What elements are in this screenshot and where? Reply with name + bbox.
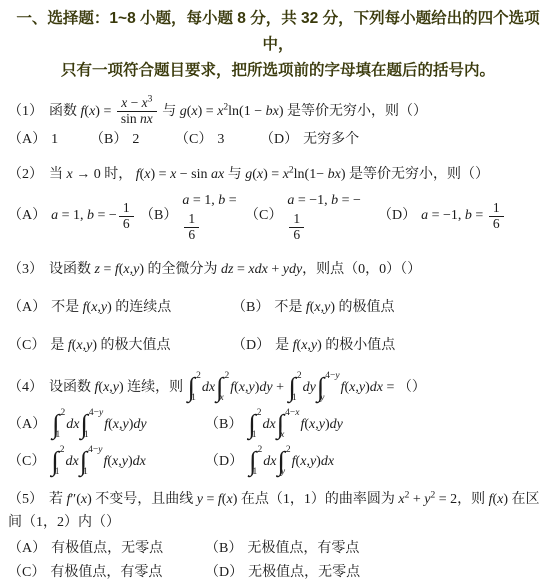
option-key: （B） [140, 205, 177, 227]
math-var: xdx [248, 262, 267, 277]
math-text: 有极值点，无零点 [51, 538, 163, 560]
integral-lower-limit: 1 [84, 431, 103, 441]
option-body: ∫21dx∫4−y1f(x,y)dy [51, 408, 147, 441]
math-text: 6 [188, 227, 195, 242]
question-1-stem-math: 函数 f(x) = x − x3sin nx 与 g(x) = x2ln(1 −… [49, 104, 427, 119]
math-var: a [51, 205, 58, 227]
fraction: 16 [119, 201, 134, 232]
math-var: b [331, 190, 338, 212]
math-text: 2 [60, 445, 65, 455]
math-var: x [280, 430, 284, 440]
math-text: ) = [263, 167, 283, 182]
integral-lower-limit: y [281, 468, 291, 478]
math-var: dx [133, 451, 146, 473]
fraction: 16 [289, 212, 304, 243]
math-text: − [127, 95, 141, 110]
integral-lower-limit: 1 [55, 468, 65, 478]
option-body: ∫21dx∫4−y1f(x,y)dx [50, 445, 146, 478]
math-text: 2 [286, 445, 291, 455]
question-5-number: （5） [8, 492, 43, 507]
option-body: 是 f(x,y) 的极大值点 [50, 335, 170, 357]
math-var: y [99, 408, 103, 418]
math-var: dx [321, 451, 334, 473]
integral-limits: 21 [58, 408, 66, 441]
option-key: （D） [205, 451, 243, 473]
math-var: dy [133, 414, 146, 436]
math-text: 6 [493, 216, 500, 231]
math-text: 函数 [49, 104, 81, 119]
integral-limits: 21 [255, 445, 263, 478]
math-text: = 2，则 [435, 492, 488, 507]
math-text: − sin [176, 167, 211, 182]
math-text: 1 [51, 129, 58, 151]
option-body: 是 f(x,y) 的极小值点 [275, 335, 395, 357]
option-body: a = −1, b = 16 [421, 201, 505, 232]
question-1-number: （1） [8, 104, 43, 119]
integral: ∫21 [249, 445, 262, 478]
fraction: 16 [184, 212, 199, 243]
math-text: 无极值点，有零点 [247, 538, 359, 560]
integral: ∫2y [278, 445, 291, 478]
option-key: （D） [378, 205, 416, 227]
exam-page: 一、选择题：1~8 小题，每小题 8 分，共 32 分，下列每小题给出的四个选项… [0, 0, 556, 579]
integral-limits: 2y [283, 445, 291, 478]
math-var: a [287, 190, 294, 212]
integral-upper-limit: 2 [61, 409, 66, 419]
math-var: dx [263, 451, 276, 473]
option-key: （D） [232, 335, 270, 357]
math-text: 3 [217, 129, 224, 151]
math-text: + [409, 492, 424, 507]
math-text: = [100, 262, 115, 277]
math-var: b [87, 205, 94, 227]
option-body: 无极值点，无零点 [248, 562, 360, 579]
option-key: （B） [90, 129, 127, 151]
math-text: 是 [275, 335, 293, 357]
section-title-line-1: 一、选择题：1~8 小题，每小题 8 分，共 32 分，下列每小题给出的四个选项… [8, 6, 548, 58]
math-var: g [180, 104, 187, 119]
math-text: 4− [88, 445, 98, 455]
integral: ∫21 [289, 371, 302, 404]
math-text: = − [338, 190, 361, 212]
integral-upper-limit: 4−x [285, 409, 299, 419]
integral-limits: 21 [57, 445, 65, 478]
option-body: 无极值点，有零点 [247, 538, 359, 560]
math-var: b [218, 190, 225, 212]
math-var: bx [328, 167, 341, 182]
option-key: （C） [245, 205, 282, 227]
math-text: = （） [383, 380, 426, 395]
option-key: （C） [8, 335, 45, 357]
math-var: dx [370, 380, 383, 395]
math-var: a [421, 205, 428, 227]
fraction-numerator: 1 [289, 212, 304, 228]
option-key: （D） [205, 562, 243, 579]
math-text: 1 [253, 467, 258, 477]
math-text: → 0 时， [73, 167, 136, 182]
integral-limits: 21 [254, 408, 262, 441]
integral: ∫21 [52, 408, 65, 441]
question-3-option-d: （D）是 f(x,y) 的极小值点 [232, 335, 548, 357]
math-text: ″( [70, 492, 81, 507]
math-text: ) = [198, 104, 218, 119]
question-3-stem-math: 设函数 z = f(x,y) 的全微分为 dz = xdx + ydy，则点（0… [49, 262, 421, 277]
integral-limits: 21 [294, 371, 302, 404]
question-1-options: （A）1 （B）2 （C）3 （D）无穷多个 [8, 129, 548, 151]
integral-upper-limit: 2 [257, 409, 262, 419]
math-var: x [295, 408, 299, 418]
fraction-numerator: x − x3 [117, 96, 157, 112]
math-text: 1 [83, 467, 88, 477]
integral-lower-limit: 1 [252, 431, 262, 441]
option-key: （C） [175, 129, 212, 151]
math-text: ln(1 − [228, 104, 265, 119]
math-text: ) 的连续点 [107, 297, 171, 319]
option-key: （A） [8, 129, 46, 151]
math-text: sin [121, 111, 140, 126]
question-1-option-a: （A）1 [8, 129, 90, 151]
math-text: ) 在点（1，1）的曲率圆为 [233, 492, 399, 507]
fraction-numerator: 1 [119, 201, 134, 217]
question-1: （1）函数 f(x) = x − x3sin nx 与 g(x) = x2ln(… [8, 96, 548, 151]
math-text: 若 [49, 492, 67, 507]
integral-lower-limit: 1 [56, 431, 66, 441]
question-4-stem: （4）设函数 f(x,y) 连续，则 ∫21dx∫2xf(x,y)dy + ∫2… [8, 371, 548, 404]
integral-limits: 2x [221, 371, 229, 404]
question-5: （5）若 f″(x) 不变号，且曲线 y = f(x) 在点（1，1）的曲率圆为… [8, 488, 548, 579]
option-body: ∫21dx∫4−xxf(x,y)dy [247, 408, 343, 441]
option-key: （C） [8, 451, 45, 473]
option-body: ∫21dx∫2yf(x,y)dx [248, 445, 334, 478]
math-text: 不是 [51, 297, 83, 319]
option-body: 无穷多个 [303, 129, 359, 151]
math-var: x [219, 393, 223, 403]
option-body: a = −1, b = −16 [287, 190, 378, 243]
option-key: （A） [8, 205, 46, 227]
integral: ∫4−y1 [81, 408, 104, 441]
integral-upper-limit: 4−y [88, 446, 102, 456]
option-body: 3 [217, 129, 224, 151]
question-5-stem-math: 若 f″(x) 不变号，且曲线 y = f(x) 在点（1，1）的曲率圆为 x2… [8, 492, 540, 530]
math-text: 2 [297, 371, 302, 381]
question-2: （2）当 x → 0 时， f(x) = x − sin ax 与 g(x) =… [8, 163, 548, 243]
math-text: 6 [123, 216, 130, 231]
question-3-option-c: （C）是 f(x,y) 的极大值点 [8, 335, 232, 357]
integral-lower-limit: 1 [191, 394, 201, 404]
math-text: 不是 [274, 297, 306, 319]
math-text: 与 [159, 104, 180, 119]
math-var: bx [266, 104, 279, 119]
math-text: ) 是等价无穷小，则（） [279, 104, 427, 119]
math-text: 1 [188, 211, 195, 226]
math-var: dx [66, 414, 79, 436]
integral-upper-limit: 2 [258, 446, 263, 456]
math-text: 2 [257, 408, 262, 418]
math-text: = 1, [189, 190, 218, 212]
fraction-denominator: 6 [184, 228, 199, 243]
math-text: 2 [258, 445, 263, 455]
math-text: ) 的极值点 [330, 297, 394, 319]
math-text: = [225, 190, 240, 212]
option-body: 不是 f(x,y) 的连续点 [51, 297, 171, 319]
question-5-option-d: （D）无极值点，无零点 [205, 562, 548, 579]
math-var: ydy [283, 262, 302, 277]
option-key: （A） [8, 538, 46, 560]
math-text: 6 [293, 227, 300, 242]
math-text: ) = [151, 167, 171, 182]
math-text: = −1, [294, 190, 331, 212]
option-body: 2 [132, 129, 139, 151]
option-body: 有极值点，有零点 [50, 562, 162, 579]
math-text: = 1, [58, 205, 87, 227]
integral-lower-limit: 1 [253, 468, 263, 478]
question-2-options: （A）a = 1, b = −16 （B）a = 1, b = 16 （C）a … [8, 190, 548, 243]
math-text: ) 是等价无穷小，则（） [341, 167, 489, 182]
integral-upper-limit: 2 [286, 446, 291, 456]
integral: ∫21 [188, 371, 201, 404]
math-text: 1 [292, 393, 297, 403]
math-text: 设函数 [49, 380, 95, 395]
math-text: ) 的全微分为 [139, 262, 221, 277]
math-var: dx [263, 414, 276, 436]
integral-upper-limit: 2 [196, 372, 201, 382]
question-4-option-a: （A）∫21dx∫4−y1f(x,y)dy [8, 408, 205, 441]
integral-limits: 4−y1 [86, 408, 103, 441]
math-text: 设函数 [49, 262, 95, 277]
fraction-numerator: 1 [489, 201, 504, 217]
math-text: 1 [493, 200, 500, 215]
integral-lower-limit: 1 [83, 468, 102, 478]
math-text: + [273, 380, 288, 395]
math-var: dx [66, 451, 79, 473]
math-text: ) 连续，则 [119, 380, 187, 395]
question-4-options: （A）∫21dx∫4−y1f(x,y)dy （B）∫21dx∫4−xxf(x,y… [8, 408, 548, 478]
math-text: 4− [325, 371, 335, 381]
question-1-option-d: （D）无穷多个 [260, 129, 548, 151]
math-text: 2 [61, 408, 66, 418]
question-3-number: （3） [8, 262, 43, 277]
integral-upper-limit: 2 [224, 372, 229, 382]
math-text: 1 [293, 211, 300, 226]
math-var: y [281, 467, 285, 477]
question-4: （4）设函数 f(x,y) 连续，则 ∫21dx∫2xf(x,y)dy + ∫2… [8, 371, 548, 478]
math-text: ln(1− [294, 167, 328, 182]
math-text: = [472, 205, 487, 227]
math-var: y [320, 393, 324, 403]
integral: ∫4−xx [277, 408, 300, 441]
math-text: = [203, 492, 218, 507]
fraction-denominator: 6 [119, 217, 134, 232]
math-text: 2 [196, 371, 201, 381]
math-text: ) 的极大值点 [92, 335, 170, 357]
question-1-option-b: （B）2 [90, 129, 175, 151]
math-text: = − [94, 205, 117, 227]
integral-limits: 4−xx [282, 408, 299, 441]
question-2-option-d: （D）a = −1, b = 16 [378, 201, 548, 232]
option-key: （D） [260, 129, 298, 151]
question-3-option-a: （A）不是 f(x,y) 的连续点 [8, 297, 232, 319]
math-text: 是 [50, 335, 68, 357]
integral-lower-limit: y [320, 394, 339, 404]
integral-upper-limit: 2 [60, 446, 65, 456]
math-var: y [98, 445, 102, 455]
integral-limits: 4−yy [322, 371, 339, 404]
question-4-option-b: （B）∫21dx∫4−xxf(x,y)dy [205, 408, 548, 441]
question-2-option-c: （C）a = −1, b = −16 [245, 190, 378, 243]
question-3: （3）设函数 z = f(x,y) 的全微分为 dz = xdx + ydy，则… [8, 258, 548, 357]
question-3-options: （A）不是 f(x,y) 的连续点 （B）不是 f(x,y) 的极值点 （C）是… [8, 297, 548, 357]
math-text: ) 不变号，且曲线 [87, 492, 197, 507]
math-text: 4− [89, 408, 99, 418]
question-2-stem-math: 当 x → 0 时， f(x) = x − sin ax 与 g(x) = x2… [49, 167, 489, 182]
math-text: 1 [84, 430, 89, 440]
section-title-line-2: 只有一项符合题目要求，把所选项前的字母填在题后的括号内。 [8, 58, 548, 84]
integral-lower-limit: x [280, 431, 299, 441]
section-title: 一、选择题：1~8 小题，每小题 8 分，共 32 分，下列每小题给出的四个选项… [8, 6, 548, 84]
math-text: = [233, 262, 248, 277]
question-3-stem: （3）设函数 z = f(x,y) 的全微分为 dz = xdx + ydy，则… [8, 258, 548, 281]
math-var: ax [211, 167, 224, 182]
option-body: a = 1, b = −16 [51, 201, 135, 232]
math-text: 4− [285, 408, 295, 418]
question-3-option-b: （B）不是 f(x,y) 的极值点 [232, 297, 548, 319]
option-body: 1 [51, 129, 58, 151]
question-5-option-b: （B）无极值点，有零点 [205, 538, 548, 560]
option-body: 不是 f(x,y) 的极值点 [274, 297, 394, 319]
math-var: dx [202, 380, 215, 395]
question-2-option-b: （B）a = 1, b = 16 [140, 190, 245, 243]
math-text: ) = [95, 104, 115, 119]
question-2-number: （2） [8, 167, 43, 182]
integral: ∫2x [216, 371, 229, 404]
integral-upper-limit: 2 [297, 372, 302, 382]
question-4-number: （4） [8, 380, 43, 395]
integral-upper-limit: 4−y [325, 372, 339, 382]
fraction-denominator: 6 [289, 228, 304, 243]
question-1-stem: （1）函数 f(x) = x − x3sin nx 与 g(x) = x2ln(… [8, 96, 548, 127]
question-5-option-a: （A）有极值点，无零点 [8, 538, 205, 560]
question-4-option-c: （C）∫21dx∫4−y1f(x,y)dx [8, 445, 205, 478]
fraction-denominator: 6 [489, 217, 504, 232]
math-text: 1 [56, 430, 61, 440]
integral: ∫4−yy [317, 371, 340, 404]
math-var: y [335, 371, 339, 381]
math-text: ) 的极小值点 [317, 335, 395, 357]
integral-limits: 4−y1 [85, 445, 102, 478]
fraction-denominator: sin nx [117, 112, 157, 127]
math-var: a [182, 190, 189, 212]
math-text: + [268, 262, 283, 277]
question-4-option-d: （D）∫21dx∫2yf(x,y)dx [205, 445, 548, 478]
math-text: 有极值点，有零点 [50, 562, 162, 579]
math-text: 无穷多个 [303, 129, 359, 151]
option-key: （C） [8, 562, 45, 579]
math-text: 1 [191, 393, 196, 403]
integral-limits: 21 [193, 371, 201, 404]
math-text: ，则点（0，0）（） [302, 262, 421, 277]
fraction: x − x3sin nx [117, 96, 157, 127]
question-2-option-a: （A）a = 1, b = −16 [8, 201, 140, 232]
option-key: （A） [8, 414, 46, 436]
option-key: （B） [232, 297, 269, 319]
math-text: 1 [123, 200, 130, 215]
question-5-options: （A）有极值点，无零点 （B）无极值点，有零点 （C）有极值点，有零点 （D）无… [8, 538, 548, 579]
integral: ∫21 [51, 445, 64, 478]
math-var: dy [303, 380, 316, 395]
math-var: dy [330, 414, 343, 436]
math-var: b [465, 205, 472, 227]
math-text: 2 [132, 129, 139, 151]
math-text: 2 [224, 371, 229, 381]
fraction: 16 [489, 201, 504, 232]
option-key: （B） [205, 538, 242, 560]
question-4-stem-math: 设函数 f(x,y) 连续，则 ∫21dx∫2xf(x,y)dy + ∫21dy… [49, 380, 426, 395]
option-body: a = 1, b = 16 [182, 190, 245, 243]
option-body: 有极值点，无零点 [51, 538, 163, 560]
question-5-option-c: （C）有极值点，有零点 [8, 562, 205, 579]
math-text: 当 [49, 167, 67, 182]
math-var: dy [259, 380, 272, 395]
math-text: 1 [252, 430, 257, 440]
option-key: （A） [8, 297, 46, 319]
integral-lower-limit: 1 [292, 394, 302, 404]
math-superscript: 3 [148, 95, 153, 105]
integral-upper-limit: 4−y [89, 409, 103, 419]
question-2-stem: （2）当 x → 0 时， f(x) = x − sin ax 与 g(x) =… [8, 163, 548, 186]
math-text: 无极值点，无零点 [248, 562, 360, 579]
integral-lower-limit: x [219, 394, 229, 404]
question-5-stem: （5）若 f″(x) 不变号，且曲线 y = f(x) 在点（1，1）的曲率圆为… [8, 488, 548, 534]
integral: ∫4−y1 [80, 445, 103, 478]
option-key: （B） [205, 414, 242, 436]
integral: ∫21 [248, 408, 261, 441]
math-text: 与 [224, 167, 245, 182]
math-text: = −1, [428, 205, 465, 227]
question-1-option-c: （C）3 [175, 129, 260, 151]
math-var: dz [221, 262, 233, 277]
math-text: 1 [55, 467, 60, 477]
math-var: nx [140, 111, 153, 126]
fraction-numerator: 1 [184, 212, 199, 228]
